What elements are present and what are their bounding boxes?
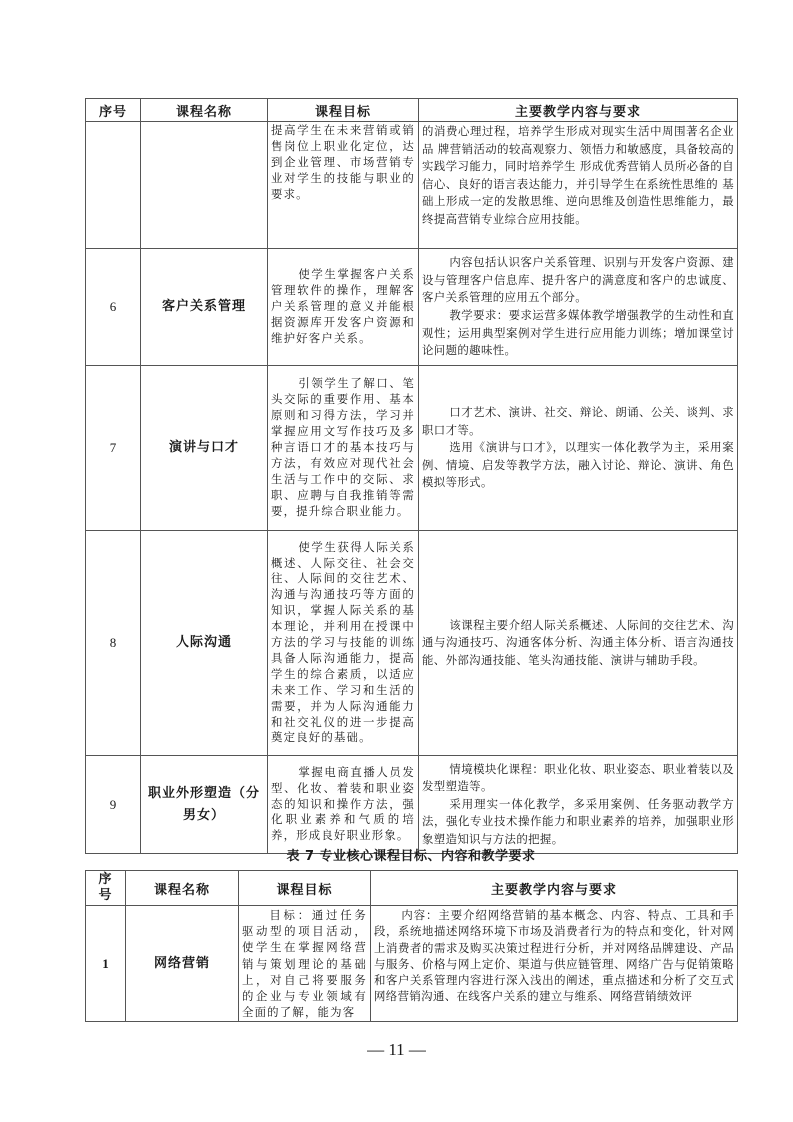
row-index: 9 [86, 756, 141, 854]
table-row: 8 人际沟通 使学生获得人际关系概述、人际交往、社会交往、人际间的交往艺术、沟通… [86, 531, 738, 756]
row-course-name: 客户关系管理 [141, 249, 268, 366]
content-paragraph: 该课程主要介绍人际关系概述、人际间的交往艺术、沟通与沟通技巧、沟通客体分析、沟通… [422, 617, 734, 670]
goal-text: 引领学生了解口、笔头交际的重要作用、基本原则和习得方法，学习并掌握应用文写作技巧… [271, 376, 415, 519]
header-course-content: 主要教学内容与要求 [371, 871, 738, 906]
page-number: — 11 — [0, 1040, 793, 1060]
content-paragraph: 采用理实一体化教学，多采用案例、任务驱动教学方法，强化专业技术操作能力和职业素养… [422, 796, 734, 849]
row-course-content: 内容：主要介绍网络营销的基本概念、内容、特点、工具和手段，系统地描述网络环境下市… [371, 906, 738, 1022]
goal-text: 使学生掌握客户关系管理软件的操作，理解客户关系管理的意义并能根据资源库开发客户资… [271, 267, 415, 347]
row-course-name: 网络营销 [126, 906, 239, 1022]
row-course-goal: 目标：通过任务驱动型的项目活动，使学生在掌握网络营销与策划理论的基础上，对自己将… [239, 906, 371, 1022]
row-course-goal: 使学生获得人际关系概述、人际交往、社会交往、人际间的交往艺术、沟通与沟通技巧等方… [268, 531, 419, 756]
content-paragraph: 口才艺术、演讲、社交、辩论、朗诵、公关、谈判、求职口才等。 [422, 404, 734, 439]
row-course-content: 口才艺术、演讲、社交、辩论、朗诵、公关、谈判、求职口才等。 选用《演讲与口才》，… [419, 366, 738, 531]
table-row: 9 职业外形塑造（分男女） 掌握电商直播人员发型、化妆、着装和职业姿态的知识和操… [86, 756, 738, 854]
header-index: 序号 [86, 871, 126, 906]
row-course-goal: 掌握电商直播人员发型、化妆、着装和职业姿态的知识和操作方法，强化职业素养和气质的… [268, 756, 419, 854]
table-header-row: 序号 课程名称 课程目标 主要教学内容与要求 [86, 99, 738, 122]
goal-text: 掌握电商直播人员发型、化妆、着装和职业姿态的知识和操作方法，强化职业素养和气质的… [271, 765, 415, 845]
header-index-text: 序号 [99, 872, 113, 904]
header-index: 序号 [86, 99, 141, 122]
course-table-continued: 序号 课程名称 课程目标 主要教学内容与要求 提高学生在未来营销或销售岗位上职业… [85, 98, 738, 854]
row-course-name: 职业外形塑造（分男女） [141, 756, 268, 854]
row-course-name: 演讲与口才 [141, 366, 268, 531]
row-index: 7 [86, 366, 141, 531]
row-course-goal: 引领学生了解口、笔头交际的重要作用、基本原则和习得方法，学习并掌握应用文写作技巧… [268, 366, 419, 531]
table-row: 7 演讲与口才 引领学生了解口、笔头交际的重要作用、基本原则和习得方法，学习并掌… [86, 366, 738, 531]
content-paragraph: 内容：主要介绍网络营销的基本概念、内容、特点、工具和手段，系统地描述网络环境下市… [374, 907, 734, 1005]
row-index: 1 [86, 906, 126, 1022]
row-course-goal: 使学生掌握客户关系管理软件的操作，理解客户关系管理的意义并能根据资源库开发客户资… [268, 249, 419, 366]
row-course-content: 的消费心理过程，培养学生形成对现实生活中周围著名企业品 牌营销活动的较高观察力、… [419, 122, 738, 249]
header-course-name: 课程名称 [126, 871, 239, 906]
header-course-name: 课程名称 [141, 99, 268, 122]
goal-text: 目标：通过任务驱动型的项目活动，使学生在掌握网络营销与策划理论的基础上，对自己将… [242, 907, 367, 1020]
row-course-goal: 提高学生在未来营销或销售岗位上职业化定位，达到企业管理、市场营销专业对学生的技能… [268, 122, 419, 249]
goal-text: 提高学生在未来营销或销售岗位上职业化定位，达到企业管理、市场营销专业对学生的技能… [271, 123, 415, 203]
table-row: 1 网络营销 目标：通过任务驱动型的项目活动，使学生在掌握网络营销与策划理论的基… [86, 906, 738, 1022]
table-row: 提高学生在未来营销或销售岗位上职业化定位，达到企业管理、市场营销专业对学生的技能… [86, 122, 738, 249]
content-paragraph: 的消费心理过程，培养学生形成对现实生活中周围著名企业品 牌营销活动的较高观察力、… [422, 123, 734, 229]
row-course-content: 内容包括认识客户关系管理、识别与开发客户资源、建设与管理客户信息库、提升客户的满… [419, 249, 738, 366]
row-course-name: 人际沟通 [141, 531, 268, 756]
row-index [86, 122, 141, 249]
header-course-goal: 课程目标 [239, 871, 371, 906]
table-caption: 表 7 专业核心课程目标、内容和教学要求 [85, 845, 737, 864]
goal-text: 使学生获得人际关系概述、人际交往、社会交往、人际间的交往艺术、沟通与沟通技巧等方… [271, 540, 415, 747]
core-course-table: 序号 课程名称 课程目标 主要教学内容与要求 1 网络营销 目标：通过任务驱动型… [85, 870, 738, 1022]
table-header-row: 序号 课程名称 课程目标 主要教学内容与要求 [86, 871, 738, 906]
header-course-content: 主要教学内容与要求 [419, 99, 738, 122]
row-course-content: 情境模块化课程：职业化妆、职业姿态、职业着装以及发型塑造等。 采用理实一体化教学… [419, 756, 738, 854]
content-paragraph: 内容包括认识客户关系管理、识别与开发客户资源、建设与管理客户信息库、提升客户的满… [422, 254, 734, 307]
content-paragraph: 情境模块化课程：职业化妆、职业姿态、职业着装以及发型塑造等。 [422, 761, 734, 796]
row-course-content: 该课程主要介绍人际关系概述、人际间的交往艺术、沟通与沟通技巧、沟通客体分析、沟通… [419, 531, 738, 756]
content-paragraph: 教学要求：要求运营多媒体教学增强教学的生动性和直观性；运用典型案例对学生进行应用… [422, 307, 734, 360]
header-course-goal: 课程目标 [268, 99, 419, 122]
row-course-name [141, 122, 268, 249]
content-paragraph: 选用《演讲与口才》，以理实一体化教学为主，采用案例、情境、启发等教学方法，融入讨… [422, 439, 734, 492]
table-row: 6 客户关系管理 使学生掌握客户关系管理软件的操作，理解客户关系管理的意义并能根… [86, 249, 738, 366]
row-index: 6 [86, 249, 141, 366]
row-index: 8 [86, 531, 141, 756]
